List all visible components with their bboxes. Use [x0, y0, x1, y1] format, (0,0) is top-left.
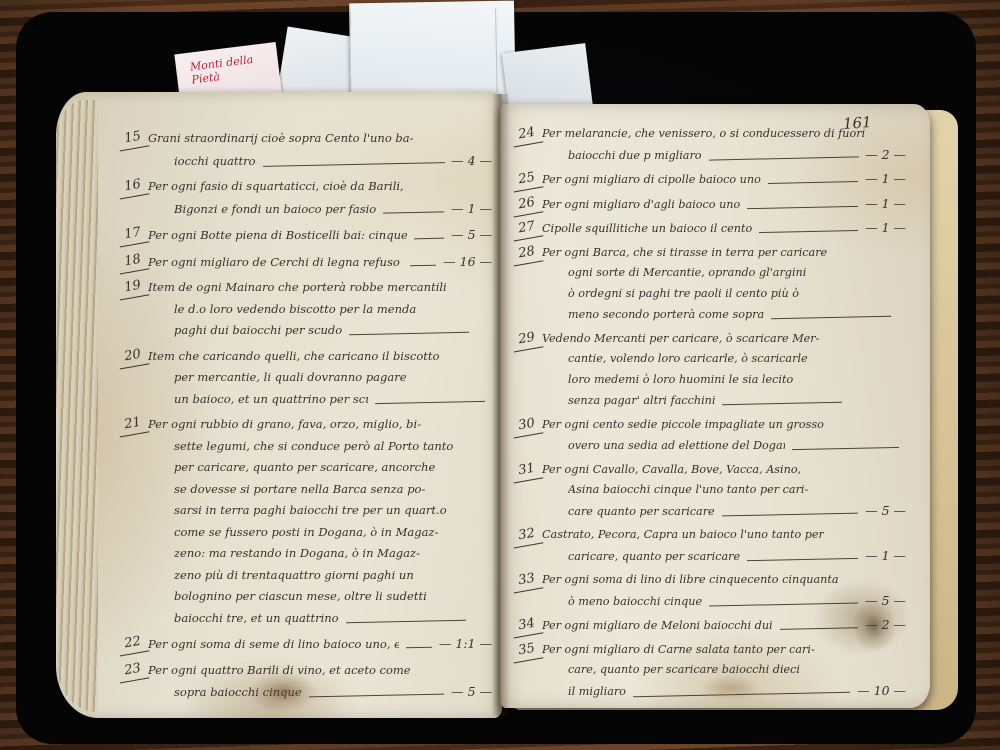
fee-rule — [709, 591, 858, 607]
entry-text: Per ogni migliaro de Cerchi di legna ref… — [148, 252, 403, 274]
entry-line: Per ogni Cavallo, Cavalla, Bove, Vacca, … — [542, 460, 906, 481]
fee-rule — [709, 145, 859, 161]
fee-rule — [375, 389, 485, 404]
entry-text: per caricare, quanto per scaricare, anco… — [174, 457, 435, 479]
entry-text: Bigonzi e fondi un baioco per fasio — [174, 199, 376, 221]
fee-rule — [722, 501, 858, 516]
entry-text: care quanto per scaricare — [568, 502, 715, 523]
entry-text: baiocchi tre, et un quattrino — [174, 608, 339, 630]
entry-text: ò meno baiocchi cinque — [568, 592, 702, 613]
entry-line: care, quanto per scaricare baiocchi diec… — [542, 660, 906, 681]
entry-number: 29 — [511, 328, 544, 352]
entry-number: 17 — [117, 224, 150, 248]
entry-line: sette legumi, che si conduce però al Por… — [148, 436, 492, 458]
entry-line: baiocchi tre, et un quattrino — [148, 608, 492, 630]
entry-text: Per ogni rubbio di grano, fava, orzo, mi… — [148, 414, 421, 436]
entry-line: Per ogni cento sedie piccole impagliate … — [542, 415, 906, 436]
entry-line: Per ogni Botte piena di Bosticelli bai: … — [148, 224, 492, 247]
ledger-entry: 21Per ogni rubbio di grano, fava, orzo, … — [118, 414, 492, 629]
page-edges-stack — [56, 100, 98, 712]
entry-body: Vedendo Mercanti per caricare, ò scarica… — [542, 329, 906, 412]
entry-text: Item che caricando quelli, che caricano … — [148, 346, 439, 368]
entry-body: Per ogni migliaro di Carne salata tanto … — [542, 640, 906, 703]
entry-text: Per ogni Barca, che si tirasse in terra … — [542, 243, 827, 264]
ledger-entry: 31Per ogni Cavallo, Cavalla, Bove, Vacca… — [512, 460, 906, 523]
entry-number: 20 — [117, 345, 150, 369]
fee-value: — 2 — — [865, 145, 906, 166]
entry-text: bolognino per ciascun mese, oltre li sud… — [174, 586, 427, 608]
entry-line: Per ogni migliaro d'agli baioco uno— 1 — — [542, 194, 906, 216]
fee-value: — 10 — — [857, 681, 906, 702]
entry-line: Bigonzi e fondi un baioco per fasio— 1 — — [148, 198, 492, 221]
entry-text: Per ogni cento sedie piccole impagliate … — [542, 415, 824, 436]
entry-text: ò ordegni si paghi tre paoli il cento pi… — [568, 284, 799, 305]
fee-value: — 1:1 — — [439, 633, 492, 655]
left-page-entries: 15Grani straordinarij cioè sopra Cento l… — [118, 128, 492, 708]
entry-text: Cipolle squillitiche un baioco il cento — [542, 219, 752, 240]
ledger-entry: 15Grani straordinarij cioè sopra Cento l… — [118, 128, 492, 172]
fee-value: — 2 — — [865, 615, 906, 636]
entry-body: Grani straordinarij cioè sopra Cento l'u… — [148, 128, 492, 172]
entry-body: Per ogni soma di seme di lino baioco uno… — [148, 633, 492, 656]
fee-rule — [722, 390, 842, 405]
entry-number: 35 — [511, 639, 544, 663]
entry-text: zeno più di trentaquattro giorni paghi u… — [174, 565, 414, 587]
entry-body: Item che caricando quelli, che caricano … — [148, 346, 492, 411]
ledger-entry: 22Per ogni soma di seme di lino baioco u… — [118, 633, 492, 656]
entry-text: Per ogni fasio di squartaticci, cioè da … — [148, 176, 404, 198]
entry-text: Per ogni migliaro de Meloni baiocchi dui — [542, 616, 773, 637]
ledger-entry: 32Castrato, Pecora, Capra un baioco l'un… — [512, 525, 906, 567]
entry-number: 28 — [511, 242, 544, 266]
entry-line: baiocchi due p migliaro— 2 — — [542, 145, 906, 167]
entry-text: loro medemi ò loro huomini le sia lecito — [568, 370, 793, 391]
entry-line: sopra baiocchi cinque— 5 — — [148, 681, 492, 704]
entry-text: cantie, volendo loro caricarle, ò scaric… — [568, 349, 808, 370]
entry-line: Per ogni soma di seme di lino baioco uno… — [148, 633, 492, 656]
entry-line: ò ordegni si paghi tre paoli il cento pi… — [542, 284, 906, 305]
entry-text: overo una sedia ad elettione del Doganie… — [568, 436, 785, 457]
entry-line: come se fussero posti in Dogana, ò in Ma… — [148, 522, 492, 544]
entry-text: Grani straordinarij cioè sopra Cento l'u… — [148, 128, 414, 150]
entry-body: Per ogni migliaro de Meloni baiocchi dui… — [542, 615, 906, 637]
right-page: 161 24Per melarancie, che venissero, o s… — [500, 104, 930, 708]
entry-text: iocchi quattro — [174, 151, 256, 173]
entry-number: 18 — [117, 250, 150, 274]
entry-number: 34 — [511, 615, 544, 639]
fee-value: — 5 — — [451, 681, 492, 703]
entry-text: Per melarancie, che venissero, o si cond… — [542, 124, 865, 145]
ledger-entry: 26Per ogni migliaro d'agli baioco uno— 1… — [512, 194, 906, 216]
entry-number: 31 — [511, 459, 544, 483]
entry-line: iocchi quattro— 4 — — [148, 150, 492, 173]
fee-value: — 5 — — [865, 501, 906, 522]
entry-line: Cipolle squillitiche un baioco il cento—… — [542, 218, 906, 240]
entry-line: zeno più di trentaquattro giorni paghi u… — [148, 565, 492, 587]
entry-line: sarsi in terra paghi baiocchi tre per un… — [148, 500, 492, 522]
entry-body: Per ogni fasio di squartaticci, cioè da … — [148, 176, 492, 220]
entry-text: Per ogni migliaro di Carne salata tanto … — [542, 640, 815, 661]
entry-body: Per ogni migliaro di cipolle baioco uno—… — [542, 169, 906, 191]
entry-line: caricare, quanto per scaricare— 1 — — [542, 546, 906, 568]
entry-line: senza pagar' altri facchini — [542, 390, 906, 412]
entry-text: Vedendo Mercanti per caricare, ò scarica… — [542, 329, 819, 350]
entry-text: le d.o loro vedendo biscotto per la mend… — [174, 299, 416, 321]
entry-line: Castrato, Pecora, Capra un baioco l'uno … — [542, 525, 906, 546]
entry-number: 30 — [511, 414, 544, 438]
entry-line: ò meno baiocchi cinque— 5 — — [542, 591, 906, 613]
ledger-entry: 33Per ogni soma di lino di libre cinquec… — [512, 570, 906, 612]
left-page: 15Grani straordinarij cioè sopra Cento l… — [56, 92, 502, 718]
ledger-entry: 34Per ogni migliaro de Meloni baiocchi d… — [512, 615, 906, 637]
entry-number: 33 — [511, 570, 544, 594]
fee-rule — [346, 608, 466, 623]
entry-text: senza pagar' altri facchini — [568, 391, 715, 412]
fee-value: — 5 — — [865, 591, 906, 612]
entry-body: Per ogni rubbio di grano, fava, orzo, mi… — [148, 414, 492, 629]
fee-rule — [759, 218, 858, 233]
entry-text: Per ogni soma di lino di libre cinquecen… — [542, 570, 839, 591]
entry-line: care quanto per scaricare— 5 — — [542, 501, 906, 523]
ledger-entry: 30Per ogni cento sedie piccole impagliat… — [512, 415, 906, 457]
entry-number: 22 — [117, 633, 150, 657]
ledger-entry: 29Vedendo Mercanti per caricare, ò scari… — [512, 329, 906, 412]
entry-text: un baioco, et un quattrino per scudo — [174, 389, 368, 411]
fee-rule — [633, 681, 850, 697]
entry-text: Per ogni migliaro di cipolle baioco uno — [542, 170, 761, 191]
entry-line: meno secondo porterà come sopra — [542, 304, 906, 326]
entry-line: un baioco, et un quattrino per scudo — [148, 389, 492, 411]
entry-text: il migliaro — [568, 682, 626, 703]
ledger-entry: 17Per ogni Botte piena di Bosticelli bai… — [118, 224, 492, 247]
fee-value: — 1 — — [865, 194, 906, 215]
entry-line: Per ogni soma di lino di libre cinquecen… — [542, 570, 906, 591]
fee-rule — [747, 546, 858, 561]
entry-line: cantie, volendo loro caricarle, ò scaric… — [542, 349, 906, 370]
entry-line: paghi dui baiocchi per scudo — [148, 320, 492, 342]
fee-rule — [768, 169, 858, 184]
fee-rule — [309, 681, 444, 697]
entry-number: 15 — [117, 128, 150, 152]
entry-line: il migliaro— 10 — — [542, 681, 906, 703]
fee-rule — [792, 435, 899, 450]
fee-value: — 16 — — [443, 251, 492, 273]
entry-text: Per ogni Botte piena di Bosticelli bai: … — [148, 225, 407, 247]
entry-line: Per ogni migliaro di Carne salata tanto … — [542, 640, 906, 661]
entry-text: Per ogni migliaro d'agli baioco uno — [542, 195, 740, 216]
fee-rule — [771, 304, 891, 319]
entry-line: Per melarancie, che venissero, o si cond… — [542, 124, 906, 145]
fee-value: — 1 — — [865, 169, 906, 190]
entry-number: 26 — [511, 193, 544, 217]
fee-rule — [780, 615, 858, 630]
entry-text: sopra baiocchi cinque — [174, 682, 302, 704]
entry-number: 24 — [511, 124, 544, 148]
entry-number: 32 — [511, 525, 544, 549]
entry-text: zeno: ma restando in Dogana, ò in Magaz- — [174, 543, 420, 565]
entry-body: Per ogni Barca, che si tirasse in terra … — [542, 243, 906, 326]
entry-line: Per ogni migliaro de Meloni baiocchi dui… — [542, 615, 906, 637]
entry-line: per mercantie, li quali dovranno pagare — [148, 367, 492, 389]
ledger-entry: 16Per ogni fasio di squartaticci, cioè d… — [118, 176, 492, 220]
entry-text: meno secondo porterà come sopra — [568, 305, 764, 326]
ledger-entry: 18Per ogni migliaro de Cerchi di legna r… — [118, 251, 492, 274]
fee-rule — [349, 320, 469, 335]
entry-number: 27 — [511, 218, 544, 242]
entry-text: Item de ogni Mainaro che porterà robbe m… — [148, 277, 447, 299]
ledger-entry: 25Per ogni migliaro di cipolle baioco un… — [512, 169, 906, 191]
entry-number: 25 — [511, 169, 544, 193]
entry-number: 19 — [117, 277, 150, 301]
entry-line: Per ogni migliaro de Cerchi di legna ref… — [148, 251, 492, 274]
ledger-entry: 20Item che caricando quelli, che carican… — [118, 346, 492, 411]
entry-text: Per ogni soma di seme di lino baioco uno… — [148, 634, 399, 656]
ledger-entry: 28Per ogni Barca, che si tirasse in terr… — [512, 243, 906, 326]
entry-text: come se fussero posti in Dogana, ò in Ma… — [174, 522, 438, 544]
entry-body: Per ogni quattro Barili di vino, et acet… — [148, 660, 492, 704]
fee-rule — [747, 194, 858, 209]
entry-line: Per ogni Barca, che si tirasse in terra … — [542, 243, 906, 264]
entry-text: Per ogni Cavallo, Cavalla, Bove, Vacca, … — [542, 460, 801, 481]
entry-text: Per ogni quattro Barili di vino, et acet… — [148, 660, 411, 682]
ledger-entry: 27Cipolle squillitiche un baioco il cent… — [512, 218, 906, 240]
entry-line: Per ogni fasio di squartaticci, cioè da … — [148, 176, 492, 198]
entry-line: bolognino per ciascun mese, oltre li sud… — [148, 586, 492, 608]
entry-line: Item de ogni Mainaro che porterà robbe m… — [148, 277, 492, 299]
entry-text: Castrato, Pecora, Capra un baioco l'uno … — [542, 525, 824, 546]
entry-line: zeno: ma restando in Dogana, ò in Magaz- — [148, 543, 492, 565]
ledger-entry: 19Item de ogni Mainaro che porterà robbe… — [118, 277, 492, 342]
ledger-entry: 23Per ogni quattro Barili di vino, et ac… — [118, 660, 492, 704]
entry-text: paghi dui baiocchi per scudo — [174, 320, 342, 342]
entry-number: 21 — [117, 414, 150, 438]
entry-text: care, quanto per scaricare baiocchi diec… — [568, 660, 800, 681]
entry-text: baiocchi due p migliaro — [568, 146, 702, 167]
fee-rule — [406, 634, 432, 649]
entry-text: caricare, quanto per scaricare — [568, 547, 740, 568]
entry-body: Per ogni cento sedie piccole impagliate … — [542, 415, 906, 457]
fee-value: — 4 — — [451, 150, 492, 172]
fee-value: — 1 — — [865, 546, 906, 567]
entry-body: Castrato, Pecora, Capra un baioco l'uno … — [542, 525, 906, 567]
entry-body: Per ogni soma di lino di libre cinquecen… — [542, 570, 906, 612]
entry-number: 23 — [117, 659, 150, 683]
entry-line: Asina baiocchi cinque l'uno tanto per ca… — [542, 480, 906, 501]
entry-body: Per ogni Cavallo, Cavalla, Bove, Vacca, … — [542, 460, 906, 523]
entry-line: se dovesse si portare nella Barca senza … — [148, 479, 492, 501]
entry-text: Asina baiocchi cinque l'uno tanto per ca… — [568, 480, 808, 501]
fee-value: — 5 — — [451, 224, 492, 246]
entry-line: ogni sorte di Mercantie, oprando gl'argi… — [542, 263, 906, 284]
ledger-entry: 24Per melarancie, che venissero, o si co… — [512, 124, 906, 166]
entry-line: per caricare, quanto per scaricare, anco… — [148, 457, 492, 479]
book-gutter-shadow — [492, 94, 510, 716]
ledger-entry: 35Per ogni migliaro di Carne salata tant… — [512, 640, 906, 703]
entry-text: per mercantie, li quali dovranno pagare — [174, 367, 407, 389]
entry-line: le d.o loro vedendo biscotto per la mend… — [148, 299, 492, 321]
fee-value: — 1 — — [451, 198, 492, 220]
fee-rule — [410, 251, 436, 266]
fee-rule — [263, 150, 445, 167]
entry-line: Per ogni migliaro di cipolle baioco uno—… — [542, 169, 906, 191]
entry-number: 16 — [117, 176, 150, 200]
entry-line: Per ogni rubbio di grano, fava, orzo, mi… — [148, 414, 492, 436]
entry-body: Per ogni Botte piena di Bosticelli bai: … — [148, 224, 492, 247]
right-page-entries: 24Per melarancie, che venissero, o si co… — [512, 124, 906, 705]
entry-text: sarsi in terra paghi baiocchi tre per un… — [174, 500, 447, 522]
fee-rule — [414, 225, 444, 240]
entry-body: Item de ogni Mainaro che porterà robbe m… — [148, 277, 492, 342]
entry-line: overo una sedia ad elettione del Doganie… — [542, 435, 906, 457]
entry-line: Grani straordinarij cioè sopra Cento l'u… — [148, 128, 492, 150]
entry-line: loro medemi ò loro huomini le sia lecito — [542, 370, 906, 391]
entry-body: Per melarancie, che venissero, o si cond… — [542, 124, 906, 166]
manuscript-photo: Monti della Pietà 15Grani straordinarij … — [0, 0, 1000, 750]
entry-text: sette legumi, che si conduce però al Por… — [174, 436, 453, 458]
fee-value: — 1 — — [865, 218, 906, 239]
entry-body: Cipolle squillitiche un baioco il cento—… — [542, 218, 906, 240]
entry-line: Vedendo Mercanti per caricare, ò scarica… — [542, 329, 906, 350]
entry-body: Per ogni migliaro d'agli baioco uno— 1 — — [542, 194, 906, 216]
entry-body: Per ogni migliaro de Cerchi di legna ref… — [148, 251, 492, 274]
fee-rule — [383, 198, 444, 213]
entry-text: se dovesse si portare nella Barca senza … — [174, 479, 425, 501]
entry-line: Per ogni quattro Barili di vino, et acet… — [148, 660, 492, 682]
entry-text: ogni sorte di Mercantie, oprando gl'argi… — [568, 263, 806, 284]
entry-line: Item che caricando quelli, che caricano … — [148, 346, 492, 368]
